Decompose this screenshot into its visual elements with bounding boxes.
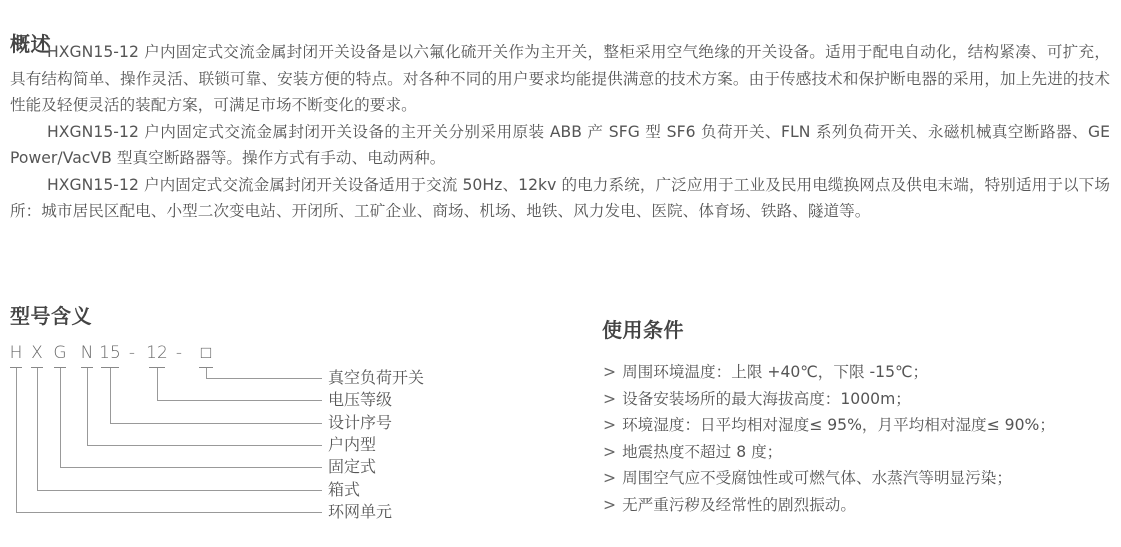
connector-vertical — [37, 368, 38, 490]
overview-paragraph-3: HXGN15-12 户内固定式交流金属封闭开关设备适用于交流 50Hz、12kv… — [10, 172, 1110, 225]
bullet-icon: > — [603, 496, 616, 514]
condition-item: >地震热度不超过 8 度； — [603, 439, 1055, 466]
connector-vertical — [206, 368, 207, 378]
connector-horizontal — [110, 423, 322, 424]
connector-vertical — [87, 368, 88, 445]
bullet-icon: > — [603, 469, 616, 487]
condition-item: >无严重污秽及经常性的剧烈振动。 — [603, 492, 1055, 519]
connector-horizontal — [16, 512, 322, 513]
code-meaning-label: 固定式 — [328, 457, 376, 477]
code-char: - — [129, 340, 135, 366]
overview-paragraph-1: HXGN15-12 户内固定式交流金属封闭开关设备是以六氟化硫开关作为主开关，整… — [10, 39, 1110, 119]
bullet-icon: > — [603, 416, 616, 434]
connector-vertical — [16, 368, 17, 512]
bullet-icon: > — [603, 390, 616, 408]
connector-horizontal — [157, 400, 322, 401]
code-meaning-label: 真空负荷开关 — [328, 368, 424, 388]
code-char: 12 — [146, 340, 168, 366]
connector-vertical — [110, 368, 111, 423]
code-char: 15 — [99, 340, 121, 366]
code-char: G — [53, 340, 66, 366]
code-meaning-label: 设计序号 — [328, 413, 392, 433]
connector-vertical — [60, 368, 61, 467]
condition-item: >周围环境温度：上限 +40℃，下限 -15℃； — [603, 359, 1055, 386]
bullet-icon: > — [603, 443, 616, 461]
condition-item: >设备安装场所的最大海拔高度：1000m； — [603, 386, 1055, 413]
condition-item: >周围空气应不受腐蚀性或可燃气体、水蒸汽等明显污染； — [603, 465, 1055, 492]
code-meaning-label: 电压等级 — [328, 390, 392, 410]
conditions-list: >周围环境温度：上限 +40℃，下限 -15℃； >设备安装场所的最大海拔高度：… — [603, 359, 1055, 518]
bullet-icon: > — [603, 363, 616, 381]
code-meaning-label: 户内型 — [328, 435, 376, 455]
connector-horizontal — [60, 467, 322, 468]
connector-vertical — [157, 368, 158, 400]
code-char: X — [31, 340, 43, 366]
conditions-heading: 使用条件 — [602, 314, 684, 343]
model-meaning-heading: 型号含义 — [10, 300, 92, 329]
connector-horizontal — [206, 378, 322, 379]
code-char: H — [10, 340, 23, 366]
code-char: - — [176, 340, 182, 366]
model-code-diagram: HXGN15-12-□真空负荷开关电压等级设计序号户内型固定式箱式环网单元 — [0, 340, 460, 540]
code-char: N — [81, 340, 94, 366]
code-meaning-label: 环网单元 — [328, 502, 392, 522]
overview-body: HXGN15-12 户内固定式交流金属封闭开关设备是以六氟化硫开关作为主开关，整… — [10, 39, 1110, 225]
connector-horizontal — [37, 490, 322, 491]
code-char: □ — [201, 340, 211, 366]
condition-item: >环境湿度：日平均相对湿度≤ 95%，月平均相对湿度≤ 90%； — [603, 412, 1055, 439]
connector-horizontal — [87, 445, 322, 446]
code-meaning-label: 箱式 — [328, 480, 360, 500]
overview-paragraph-2: HXGN15-12 户内固定式交流金属封闭开关设备的主开关分别采用原装 ABB … — [10, 119, 1110, 172]
